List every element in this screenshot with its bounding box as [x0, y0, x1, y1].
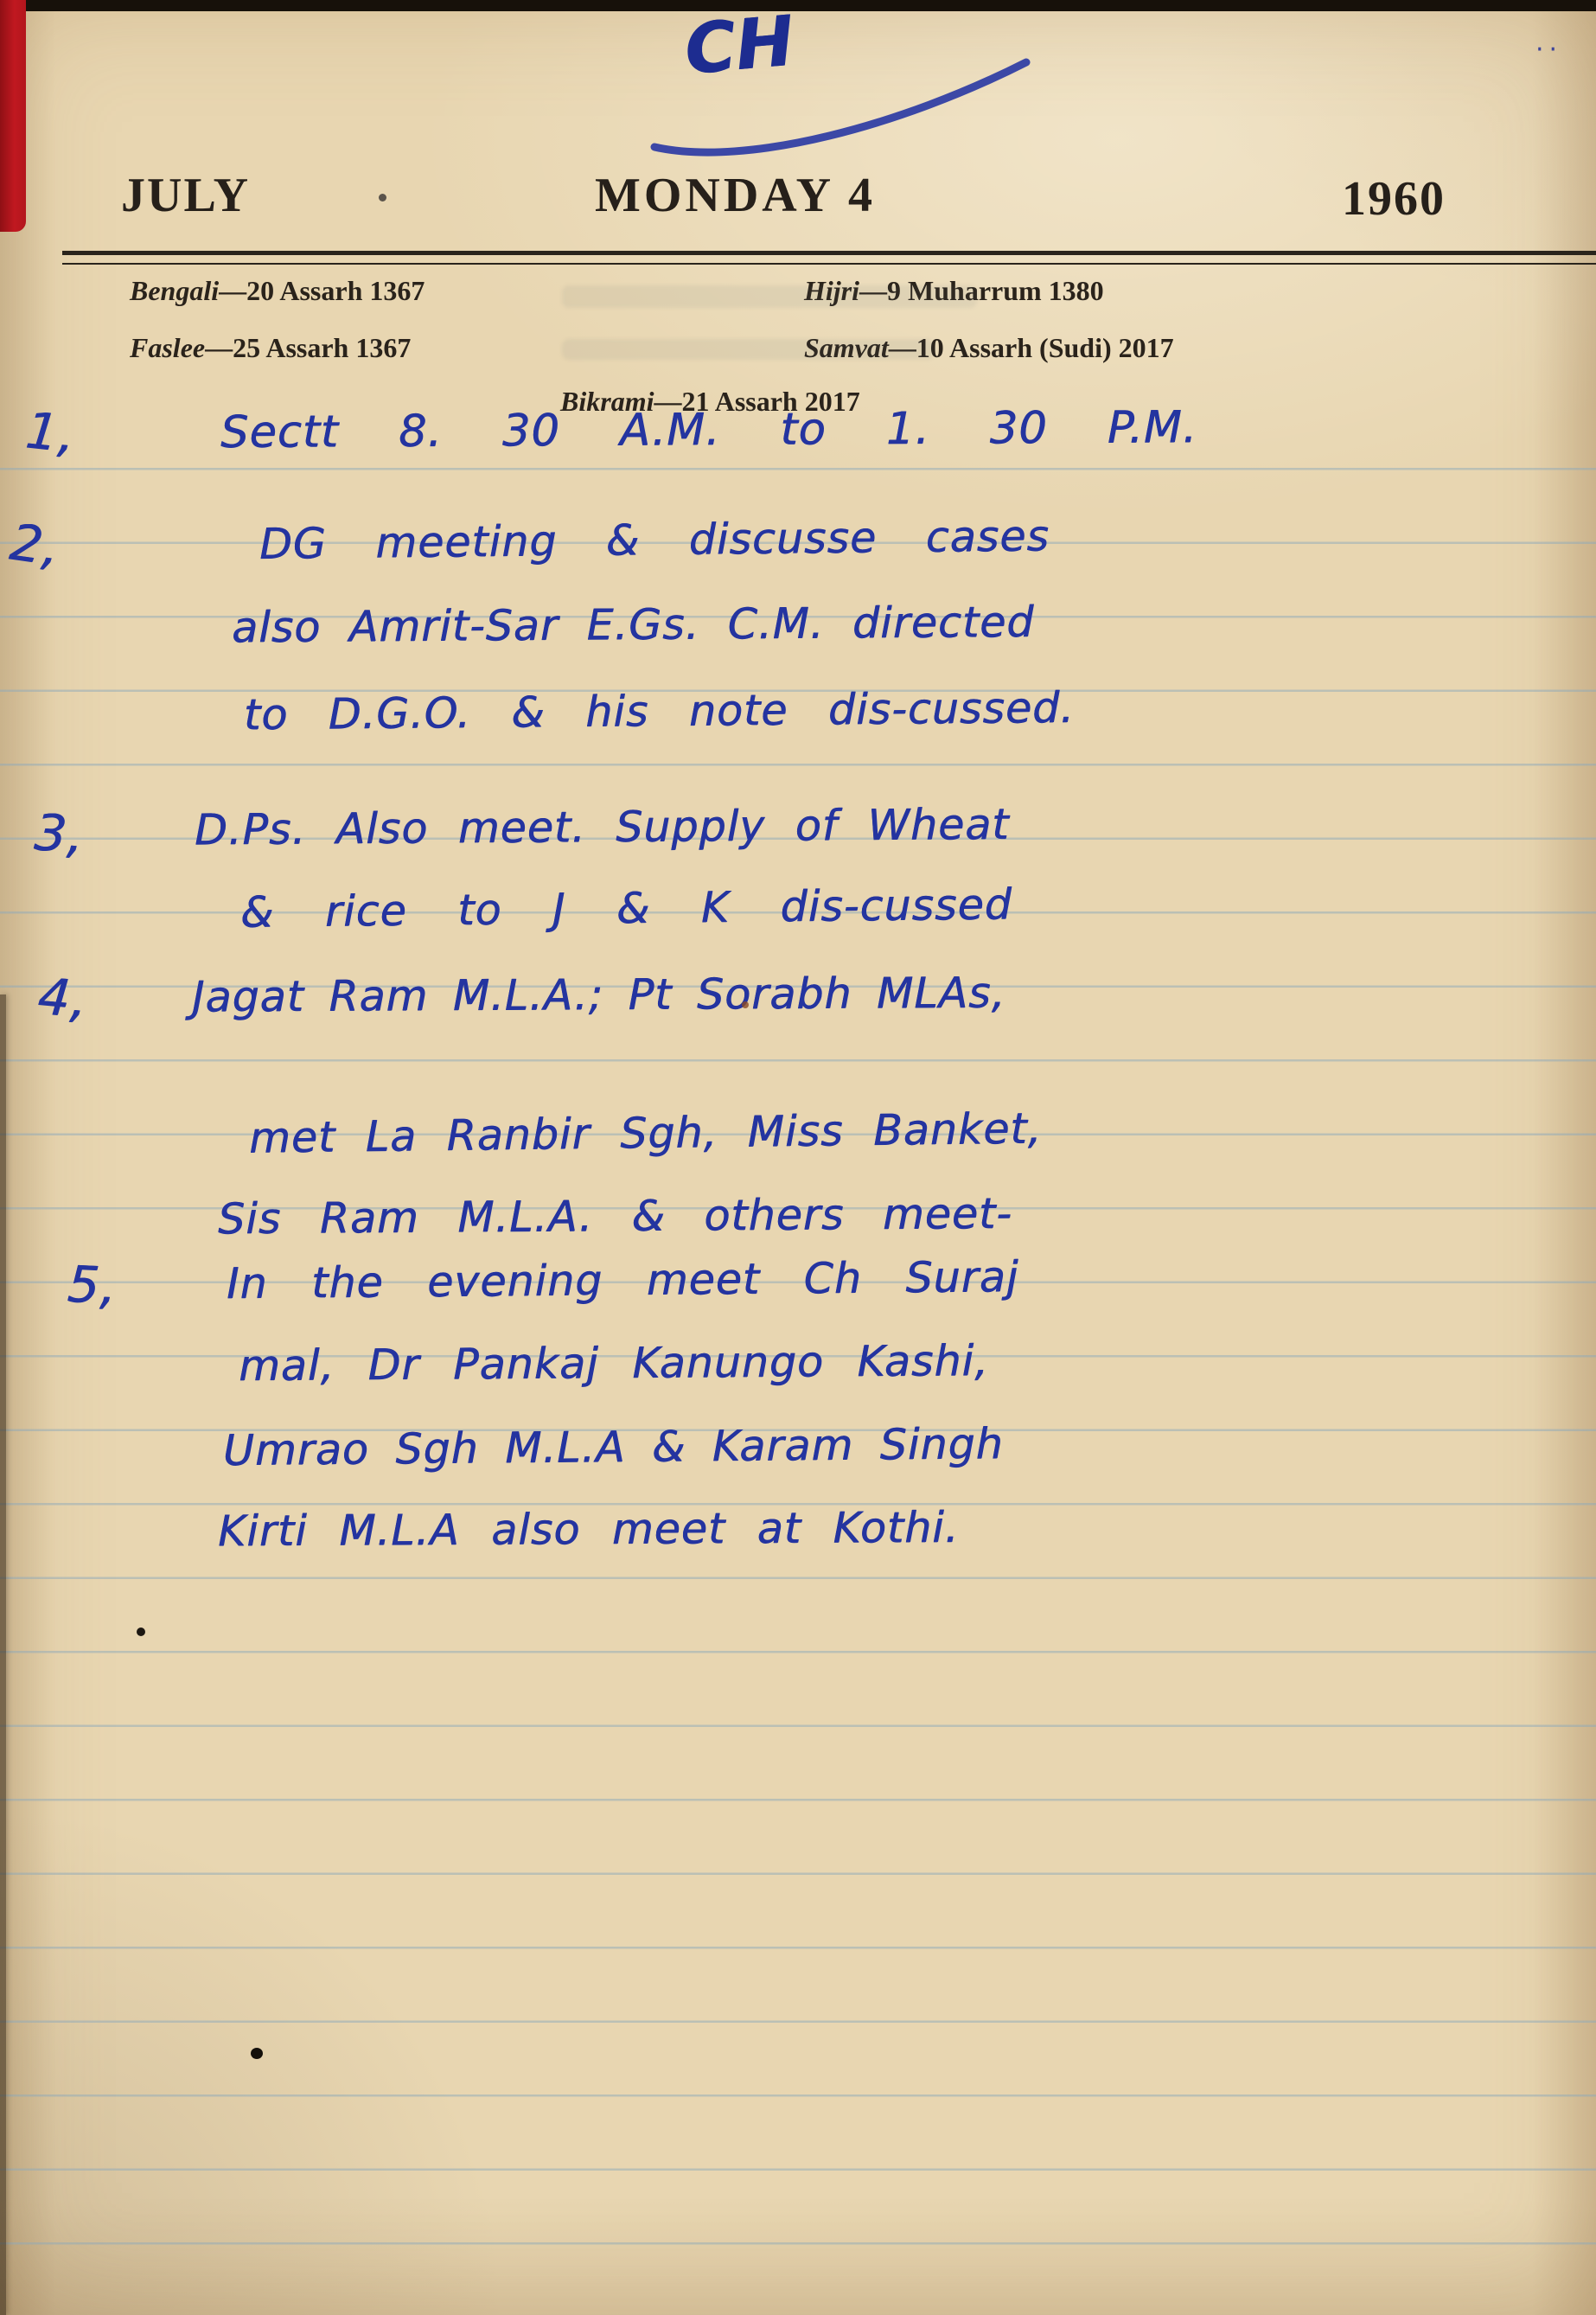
calendar-value: —25 Assarh 1367: [205, 332, 411, 363]
handwritten-line: Sectt 8. 30 A.M. to 1. 30 P.M.: [220, 402, 1197, 458]
left-page-edge: [0, 994, 6, 2315]
entry-number: 3,: [33, 803, 86, 865]
handwritten-line: met La Ranbir Sgh, Miss Banket,: [249, 1103, 1043, 1162]
entry-number: 1,: [23, 400, 79, 464]
calendar-bengali: Bengali—20 Assarh 1367: [130, 275, 425, 307]
entry-number: 2,: [7, 512, 64, 577]
handwritten-line: Jagat Ram M.L.A.; Pt Sorabh MLAs,: [192, 969, 1005, 1022]
ink-dots-top-right: ··: [1535, 35, 1562, 65]
red-page-edge: [0, 0, 26, 232]
handwritten-line: DG meeting & discusse cases: [259, 511, 1050, 569]
page-top-edge: [0, 0, 1596, 11]
handwritten-line: Kirti M.L.A also meet at Kothi.: [218, 1503, 960, 1556]
handwritten-line: to D.G.O. & his note dis-cussed.: [244, 683, 1075, 739]
handwritten-line: & rice to J & K dis-cussed: [240, 879, 1012, 937]
header-month: JULY: [121, 168, 250, 223]
calendar-faslee: Faslee—25 Assarh 1367: [130, 332, 411, 364]
ink-speck: [251, 2048, 263, 2059]
handwritten-line: mal, Dr Pankaj Kanungo Kashi,: [239, 1336, 989, 1391]
paper-spot: [379, 194, 386, 201]
header-year: 1960: [1342, 171, 1446, 227]
ch-underline-swash: [635, 36, 1050, 175]
ink-speck: [137, 1628, 145, 1636]
header-double-rule: [62, 251, 1596, 265]
entry-number: 4,: [35, 967, 90, 1030]
handwritten-line: D.Ps. Also meet. Supply of Wheat: [195, 800, 1010, 855]
handwritten-line: Umrao Sgh M.L.A & Karam Singh: [223, 1419, 1004, 1475]
ink-bleed-smudge: [562, 285, 977, 308]
calendar-name: Bengali: [130, 275, 219, 306]
handwritten-line: In the evening meet Ch Suraj: [227, 1252, 1019, 1308]
handwritten-line: Sis Ram M.L.A. & others meet-: [218, 1189, 1012, 1244]
calendar-value: —20 Assarh 1367: [219, 275, 425, 306]
ink-bleed-smudge: [562, 339, 934, 360]
handwritten-line: also Amrit-Sar E.Gs. C.M. directed: [232, 598, 1035, 652]
entry-number: 5,: [66, 1255, 118, 1316]
paper-spot: [742, 1001, 749, 1008]
header-day: MONDAY 4: [595, 168, 876, 223]
calendar-name: Faslee: [130, 332, 205, 363]
